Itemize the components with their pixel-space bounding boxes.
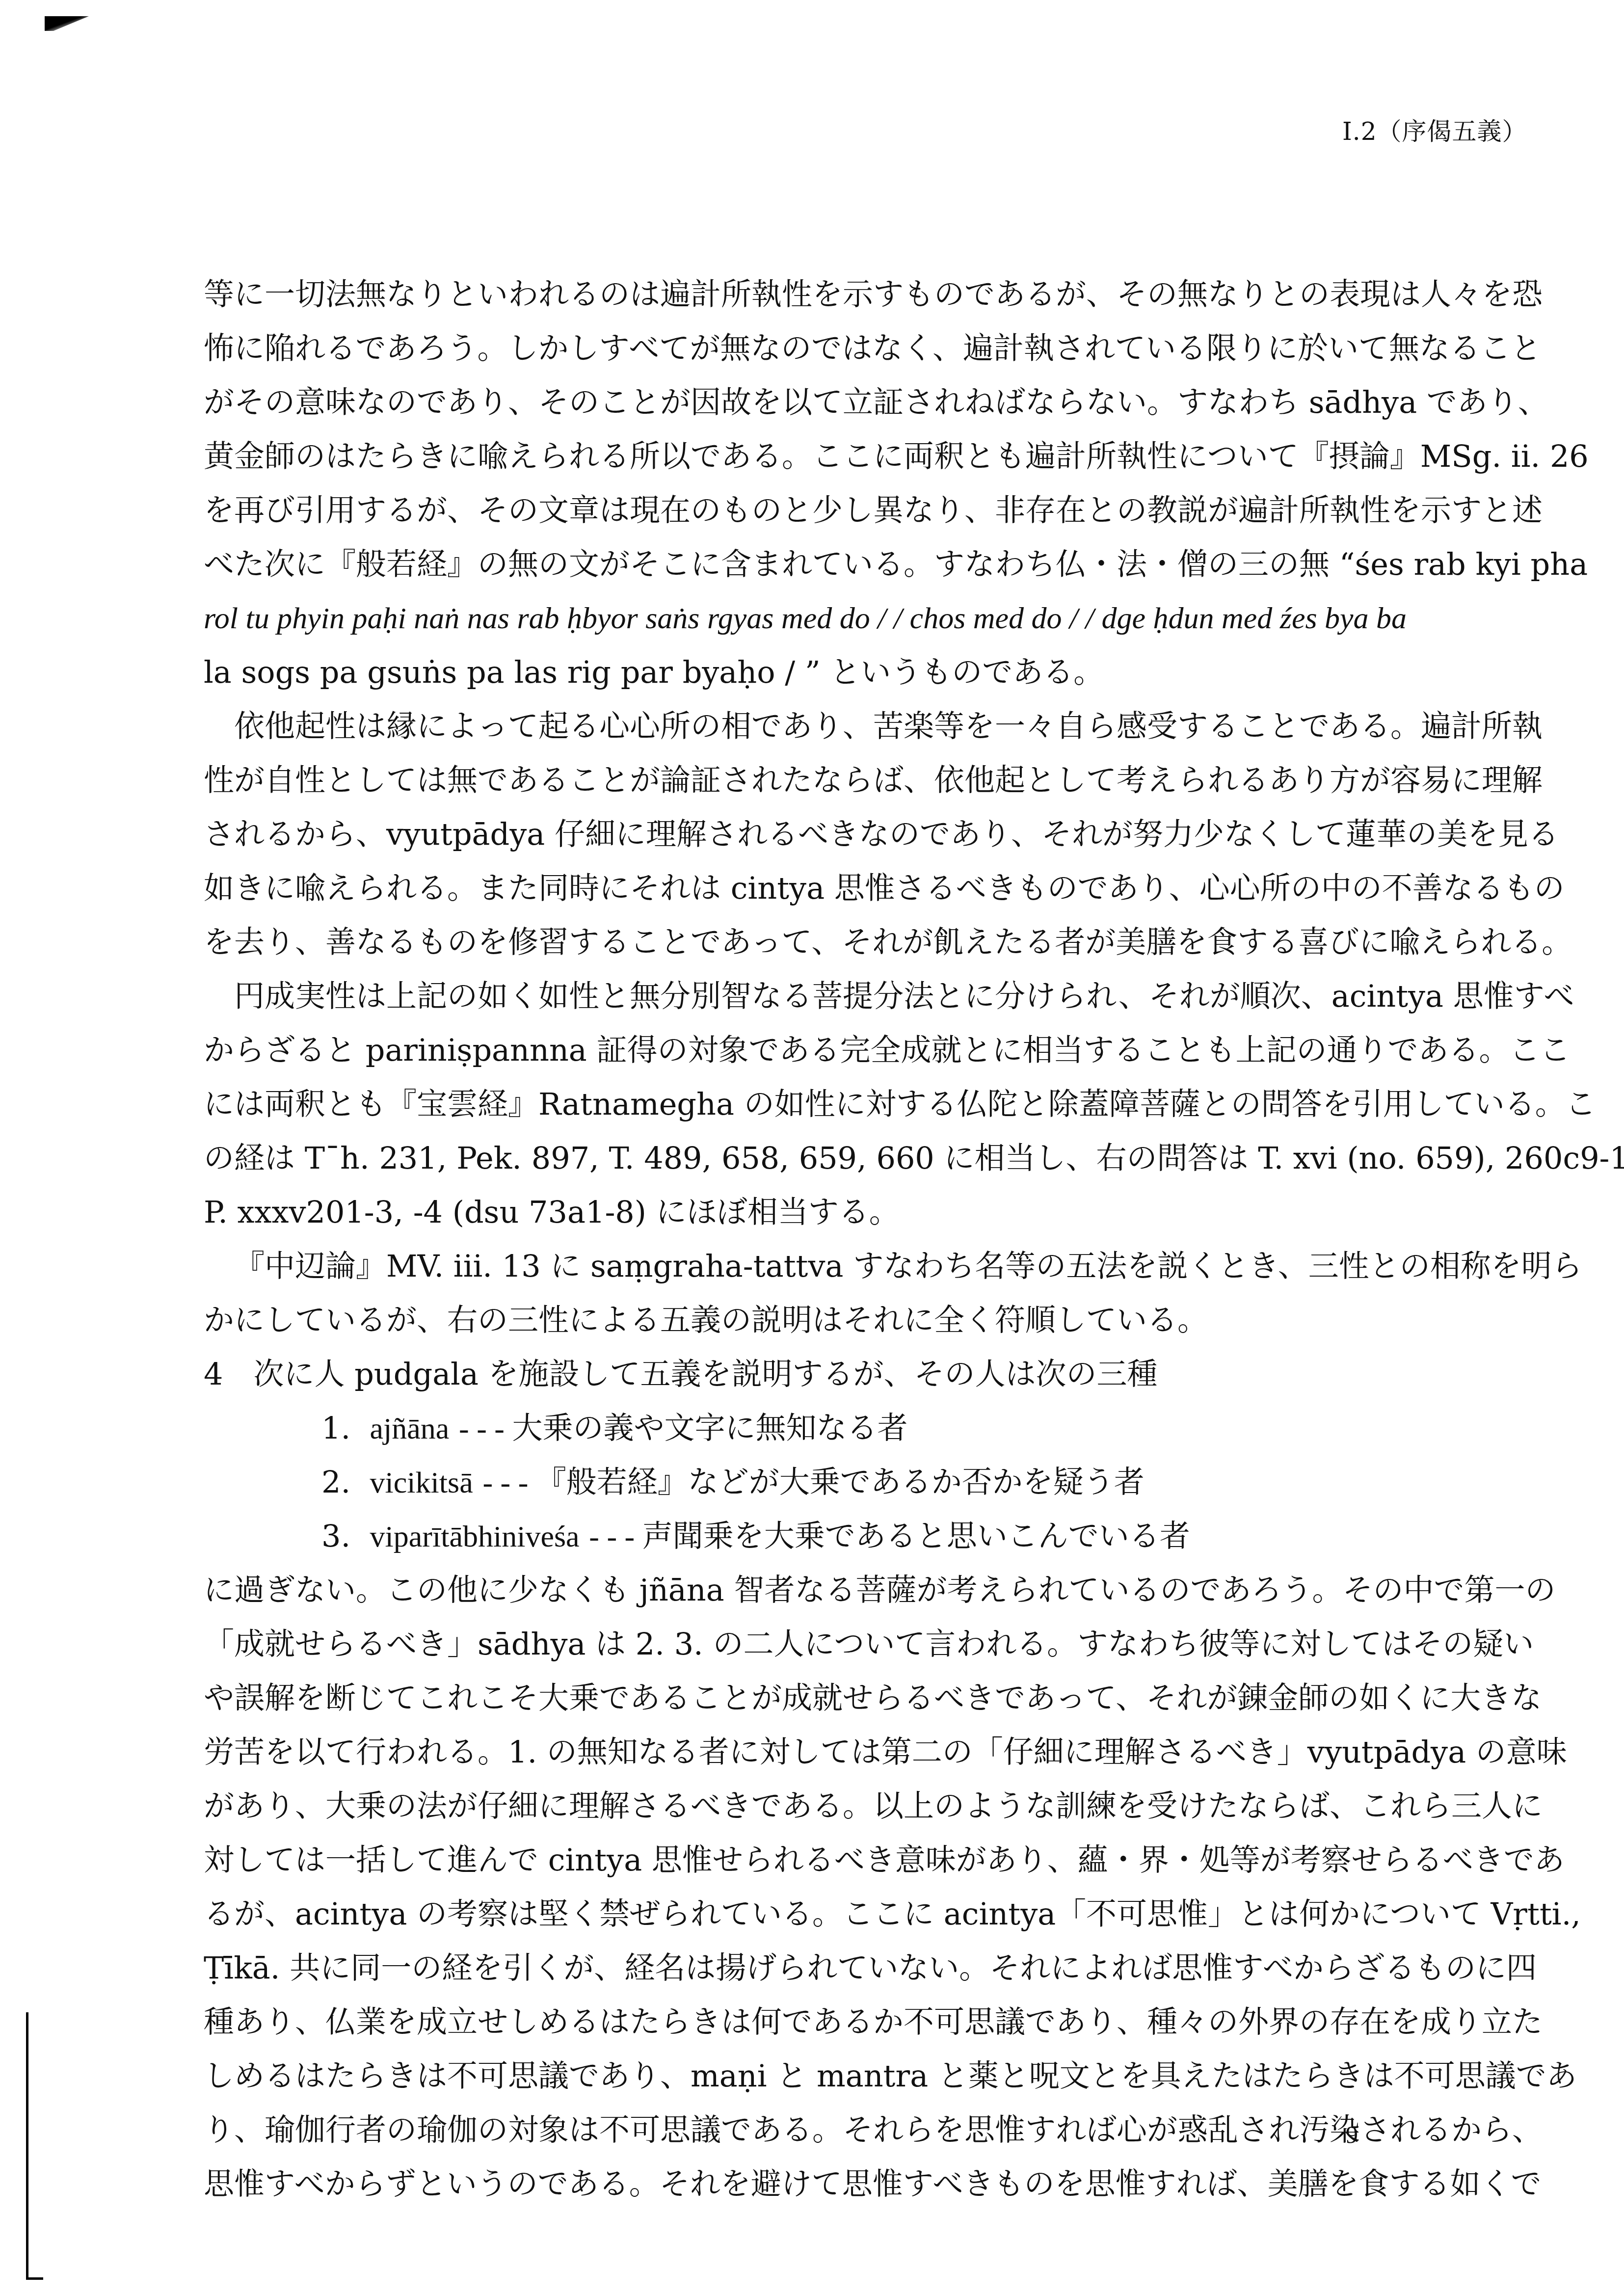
- text-line: 『中辺論』MV. iii. 13 に saṃgraha-tattva すなわち名…: [204, 1239, 1421, 1293]
- text-line: 「成就せらるべき」sādhya は 2. 3. の二人について言われる。すなわち…: [204, 1617, 1421, 1671]
- list-term: ajñāna: [370, 1412, 450, 1445]
- scan-artifact-left-edge: [26, 2012, 28, 2280]
- text-line: からざると pariniṣpannna 証得の対象である完全成就とに相当すること…: [204, 1023, 1421, 1077]
- section-heading-line: 4 次に人 pudgala を施設して五義を説明するが、その人は次の三種: [204, 1347, 1421, 1401]
- list-number: 2.: [321, 1464, 350, 1500]
- text-line: 対しては一括して進んで cintya 思惟せられるべき意味があり、蘊・界・処等が…: [204, 1833, 1421, 1887]
- list-item: 1. ajñāna - - - 大乗の義や文字に無知なる者: [204, 1401, 1421, 1455]
- text-line: には両釈とも『宝雲経』Ratnamegha の如性に対する仏陀と除蓋障菩薩との問…: [204, 1077, 1421, 1131]
- list-term: vicikitsā: [370, 1466, 473, 1499]
- paragraph-5-section-4: 4 次に人 pudgala を施設して五義を説明するが、その人は次の三種: [204, 1347, 1421, 1401]
- list-description: 声聞乗を大乗であると思いこんでいる者: [642, 1518, 1190, 1554]
- text-line: べた次に『般若経』の無の文がそこに含まれている。すなわち仏・法・僧の三の無 “ś…: [204, 537, 1421, 591]
- list-separator: - - -: [459, 1412, 512, 1445]
- text-line: されるから、vyutpādya 仔細に理解されるべきなのであり、それが努力少なく…: [204, 807, 1421, 861]
- scan-artifact-top-left: [45, 16, 89, 31]
- text-line: があり、大乗の法が仔細に理解さるべきである。以上のような訓練を受けたならば、これ…: [204, 1779, 1421, 1833]
- text-line: 如きに喩えられる。また同時にそれは cintya 思惟さるべきものであり、心心所…: [204, 861, 1421, 915]
- paragraph-1: 等に一切法無なりといわれるのは遍計所執性を示すものであるが、その無なりとの表現は…: [204, 267, 1421, 699]
- text-line: 黄金師のはたらきに喩えられる所以である。ここに両釈とも遍計所執性について『摂論』…: [204, 429, 1421, 483]
- text-line: や誤解を断じてこれこそ大乗であることが成就せらるべきであって、それが錬金師の如く…: [204, 1671, 1421, 1725]
- text-line: 労苦を以て行われる。1. の無知なる者に対しては第二の「仔細に理解さるべき」vy…: [204, 1725, 1421, 1779]
- list-description: 『般若経』などが大乗であるか否かを疑う者: [536, 1464, 1145, 1500]
- text-line: かにしているが、右の三性による五義の説明はそれに全く符順している。: [204, 1293, 1421, 1347]
- text-line: 怖に陥れるであろう。しかしすべてが無なのではなく、遍計執されている限りに於いて無…: [204, 321, 1421, 375]
- text-line: P. xxxv201-3, -4 (dsu 73a1-8) にほぼ相当する。: [204, 1185, 1421, 1239]
- paragraph-4: 『中辺論』MV. iii. 13 に saṃgraha-tattva すなわち名…: [204, 1239, 1421, 1347]
- running-header: I.2（序偈五義）: [1342, 112, 1527, 147]
- pudgala-list: 1. ajñāna - - - 大乗の義や文字に無知なる者 2. vicikit…: [204, 1401, 1421, 1563]
- list-description: 大乗の義や文字に無知なる者: [512, 1410, 908, 1446]
- text-line: 種あり、仏業を成立せしめるはたらきは何であるか不可思議であり、種々の外界の存在を…: [204, 1995, 1421, 2049]
- list-item: 2. vicikitsā - - - 『般若経』などが大乗であるか否かを疑う者: [204, 1455, 1421, 1509]
- text-line: 円成実性は上記の如く如性と無分別智なる菩提分法とに分けられ、それが順次、acin…: [204, 969, 1421, 1023]
- list-item: 3. viparītābhiniveśa - - - 声聞乗を大乗であると思いこ…: [204, 1509, 1421, 1563]
- text-line: 等に一切法無なりといわれるのは遍計所執性を示すものであるが、その無なりとの表現は…: [204, 267, 1421, 321]
- text-line: を再び引用するが、その文章は現在のものと少し異なり、非存在との教説が遍計所執性を…: [204, 483, 1421, 537]
- text-line: を去り、善なるものを修習することであって、それが飢えたる者が美膳を食する喜びに喩…: [204, 915, 1421, 969]
- page-number: 9: [1346, 2120, 1358, 2149]
- list-term: viparītābhiniveśa: [370, 1520, 580, 1553]
- text-line: がその意味なのであり、そのことが因故を以て立証されねばならない。すなわち sād…: [204, 375, 1421, 429]
- text-line: るが、acintya の考察は堅く禁ぜられている。ここに acintya「不可思…: [204, 1887, 1421, 1941]
- paragraph-2: 依他起性は縁によって起る心心所の相であり、苦楽等を一々自ら感受することである。遍…: [204, 699, 1421, 969]
- text-line: 性が自性としては無であることが論証されたならば、依他起として考えられるあり方が容…: [204, 753, 1421, 807]
- list-separator: - - -: [589, 1520, 642, 1553]
- tibetan-quote-line: rol tu phyin paḥi naṅ nas rab ḥbyor saṅs…: [204, 591, 1421, 645]
- list-number: 3.: [321, 1518, 350, 1554]
- paragraph-3: 円成実性は上記の如く如性と無分別智なる菩提分法とに分けられ、それが順次、acin…: [204, 969, 1421, 1239]
- scan-artifact-bottom-left: [26, 2277, 43, 2280]
- text-line: しめるはたらきは不可思議であり、maṇi と mantra と薬と呪文とを具えた…: [204, 2049, 1421, 2103]
- text-line: la sogs pa gsuṅs pa las rig par byaḥo / …: [204, 645, 1421, 699]
- text-line: Ṭīkā. 共に同一の経を引くが、経名は揚げられていない。それによれば思惟すべか…: [204, 1941, 1421, 1995]
- text-line: に過ぎない。この他に少なくも jñāna 智者なる菩薩が考えられているのであろう…: [204, 1563, 1421, 1617]
- list-separator: - - -: [482, 1466, 535, 1499]
- text-line: 思惟すべからずというのである。それを避けて思惟すべきものを思惟すれば、美膳を食す…: [204, 2157, 1421, 2211]
- list-number: 1.: [321, 1410, 350, 1446]
- text-line: り、瑜伽行者の瑜伽の対象は不可思議である。それらを思惟すれば心が惑乱され汚染され…: [204, 2103, 1421, 2157]
- text-line: の経は T¯h. 231, Pek. 897, T. 489, 658, 659…: [204, 1131, 1421, 1185]
- text-line: 依他起性は縁によって起る心心所の相であり、苦楽等を一々自ら感受することである。遍…: [204, 699, 1421, 753]
- page-body: 等に一切法無なりといわれるのは遍計所執性を示すものであるが、その無なりとの表現は…: [204, 267, 1421, 2211]
- paragraph-6: に過ぎない。この他に少なくも jñāna 智者なる菩薩が考えられているのであろう…: [204, 1563, 1421, 2211]
